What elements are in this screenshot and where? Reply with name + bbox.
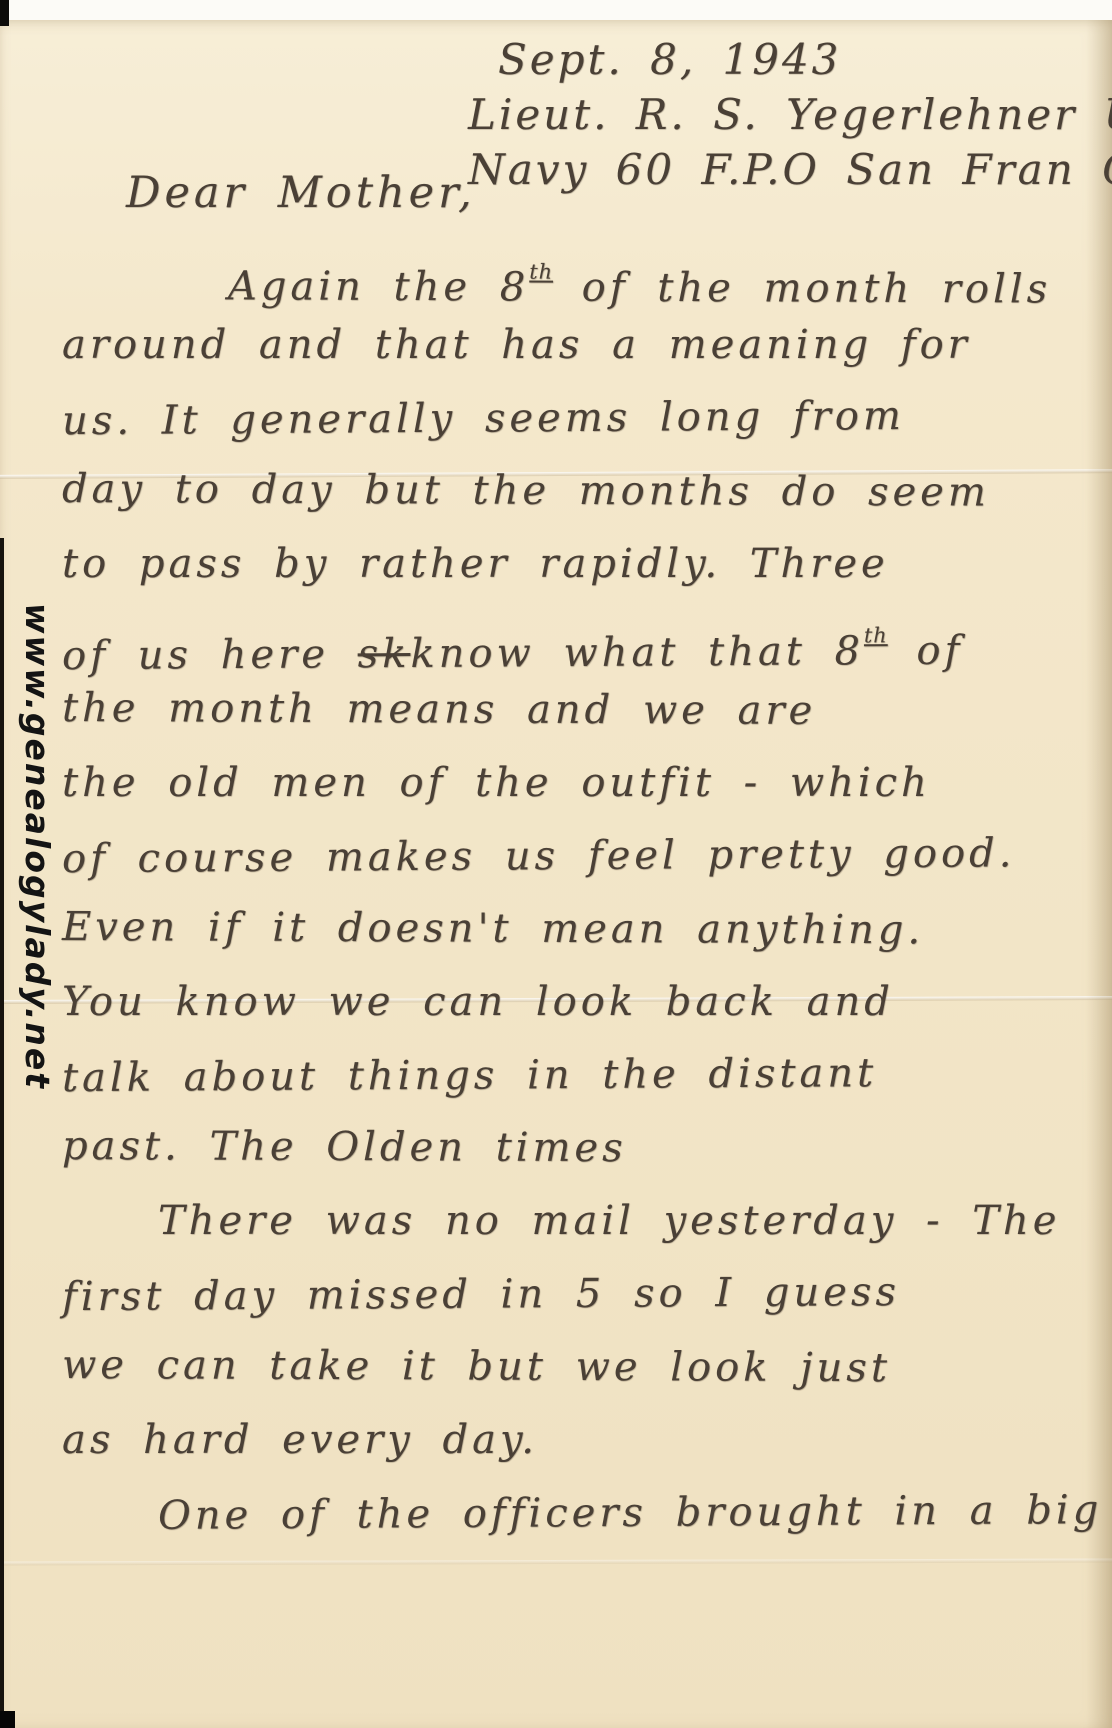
letter-line: day to day but the months do seem: [62, 453, 1102, 530]
letter-line: we can take it but we look just: [62, 1329, 1102, 1406]
letter-line: as hard every day.: [62, 1404, 1102, 1477]
letter-line: around and that has a meaning for: [62, 309, 1102, 382]
letter-line: There was no mail yesterday - The: [158, 1185, 1102, 1258]
line-text: we can take it but we look just: [62, 1342, 891, 1391]
fold-crease-bottom: [0, 1559, 1112, 1566]
line-text: us. It generally seems long from: [62, 393, 905, 444]
scanner-corner-mark-bottom: [0, 1711, 15, 1728]
letter-line: Even if it doesn't mean anything.: [62, 891, 1102, 968]
letter-line: Again the 8th of the month rolls: [228, 234, 1102, 310]
line-text: the old men of the outfit - which: [62, 760, 931, 806]
scanner-edge-top: [0, 0, 1112, 20]
letter-line: first day missed in 5 so I guess: [62, 1255, 1102, 1334]
letter-paper: www.genealogylady.net Sept. 8, 1943 Lieu…: [0, 20, 1112, 1728]
sender-line: Lieut. R. S. Yegerlehner USNR: [468, 87, 1112, 142]
address-line: Navy 60 F.P.O San Fran Cal.: [468, 142, 1112, 197]
letter-line: past. The Olden times: [62, 1110, 1102, 1187]
letter-line: the old men of the outfit - which: [62, 747, 1102, 820]
line-text: There was no mail yesterday - The: [158, 1198, 1060, 1244]
line-text: first day missed in 5 so I guess: [62, 1269, 900, 1320]
line-text: the month means and we are: [62, 685, 816, 734]
line-text: One of the officers brought in a big: [158, 1487, 1103, 1539]
letter-line: of course makes us feel pretty good.: [62, 817, 1102, 896]
letter-line: talk about things in the distant: [62, 1036, 1102, 1115]
line-text: You know we can look back and: [62, 979, 894, 1025]
line-text: around and that has a meaning for: [62, 322, 971, 368]
watermark-text: www.genealogylady.net: [18, 603, 57, 1090]
letter-line: You know we can look back and: [62, 966, 1102, 1039]
letter-body: Again the 8th of the month rollsaround a…: [62, 236, 1102, 1550]
scanned-letter-page: www.genealogylady.net Sept. 8, 1943 Lieu…: [0, 0, 1112, 1728]
scanner-edge-left: [0, 538, 4, 1728]
line-text: day to day but the months do seem: [62, 466, 990, 516]
line-text: know what that 8th of: [410, 628, 963, 677]
line-text: past. The Olden times: [62, 1123, 627, 1171]
letter-line: us. It generally seems long from: [62, 379, 1102, 458]
letter-header: Sept. 8, 1943 Lieut. R. S. Yegerlehner U…: [468, 32, 1112, 197]
letter-line: One of the officers brought in a big: [158, 1474, 1102, 1553]
date-line: Sept. 8, 1943: [498, 32, 1112, 87]
salutation: Dear Mother,: [126, 168, 476, 218]
line-text: as hard every day.: [62, 1417, 538, 1463]
struck-out-text: sk: [358, 631, 411, 677]
letter-line: the month means and we are: [62, 672, 1102, 749]
line-text: talk about things in the distant: [62, 1050, 877, 1101]
letter-line: of us here skknow what that 8th of: [62, 598, 1102, 677]
line-text: Even if it doesn't mean anything.: [62, 904, 924, 953]
line-text: Again the 8th of the month rolls: [228, 263, 1051, 312]
line-text: to pass by rather rapidly. Three: [62, 541, 889, 587]
scanner-corner-mark: [0, 0, 9, 26]
line-text: of course makes us feel pretty good.: [62, 830, 1016, 882]
letter-line: to pass by rather rapidly. Three: [62, 528, 1102, 601]
